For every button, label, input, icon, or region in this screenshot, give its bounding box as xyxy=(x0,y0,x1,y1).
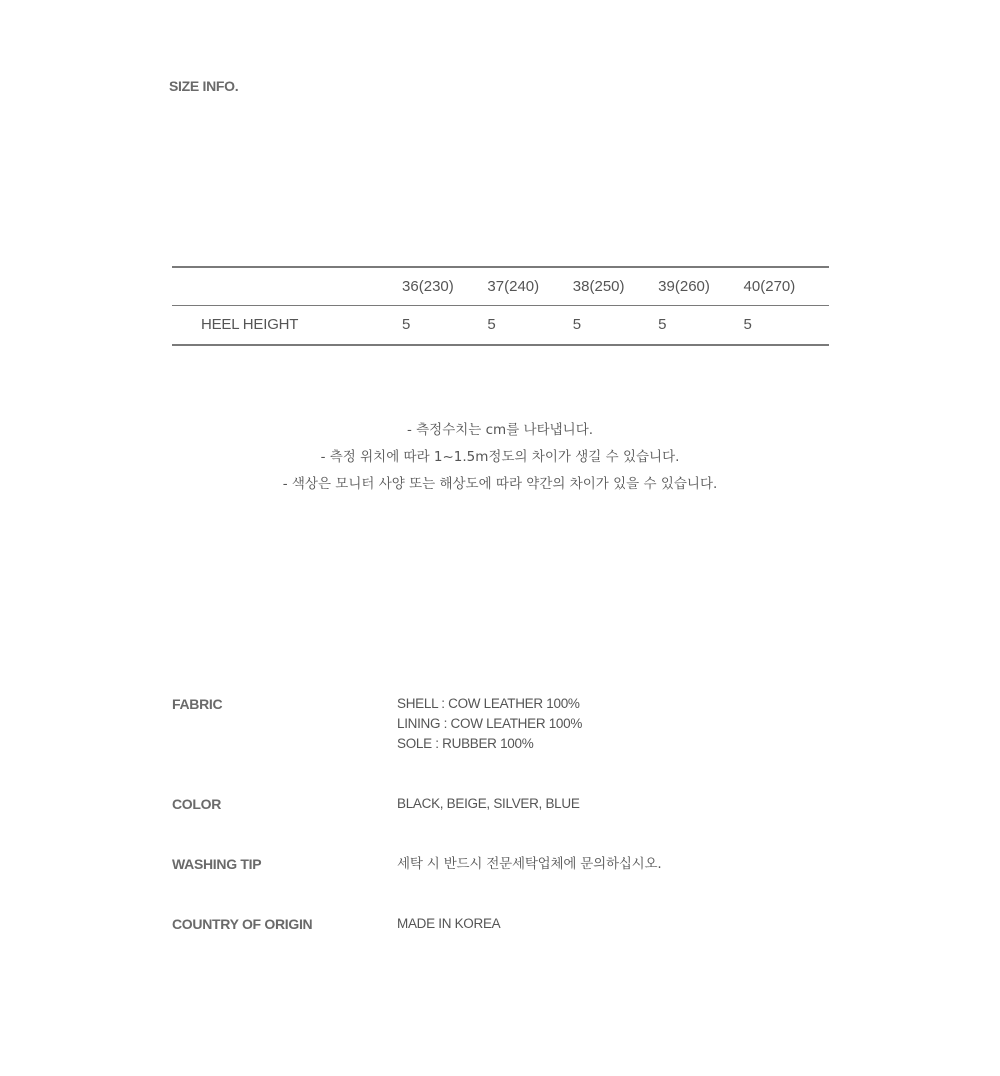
header-empty-cell xyxy=(172,267,402,305)
size-table: 36(230) 37(240) 38(250) 39(260) 40(270) … xyxy=(172,266,829,346)
size-header-37: 37(240) xyxy=(487,267,572,305)
fabric-lining: LINING : COW LEATHER 100% xyxy=(397,714,582,734)
table-row: HEEL HEIGHT 5 5 5 5 5 xyxy=(172,305,829,345)
info-row-color: COLOR BLACK, BEIGE, SILVER, BLUE xyxy=(172,794,832,814)
measurement-notes: - 측정수치는 cm를 나타냅니다. - 측정 위치에 따라 1~1.5m정도의… xyxy=(0,417,1000,498)
heel-height-value: 5 xyxy=(744,305,829,345)
heel-height-value: 5 xyxy=(573,305,658,345)
info-row-country-of-origin: COUNTRY OF ORIGIN MADE IN KOREA xyxy=(172,914,832,934)
washing-tip-value: 세탁 시 반드시 전문세탁업체에 문의하십시오. xyxy=(397,854,661,874)
country-of-origin-value: MADE IN KOREA xyxy=(397,914,500,934)
washing-tip-label: WASHING TIP xyxy=(172,854,397,874)
size-header-40: 40(270) xyxy=(744,267,829,305)
info-row-fabric: FABRIC SHELL : COW LEATHER 100% LINING :… xyxy=(172,694,832,754)
fabric-sole: SOLE : RUBBER 100% xyxy=(397,734,582,754)
size-header-39: 39(260) xyxy=(658,267,743,305)
size-header-36: 36(230) xyxy=(402,267,487,305)
row-label-heel-height: HEEL HEIGHT xyxy=(172,305,402,345)
country-of-origin-label: COUNTRY OF ORIGIN xyxy=(172,914,397,934)
info-row-washing-tip: WASHING TIP 세탁 시 반드시 전문세탁업체에 문의하십시오. xyxy=(172,854,832,874)
size-header-38: 38(250) xyxy=(573,267,658,305)
product-info-list: FABRIC SHELL : COW LEATHER 100% LINING :… xyxy=(172,694,832,934)
heel-height-value: 5 xyxy=(402,305,487,345)
note-line: - 측정 위치에 따라 1~1.5m정도의 차이가 생길 수 있습니다. xyxy=(0,444,1000,471)
note-line: - 색상은 모니터 사양 또는 해상도에 따라 약간의 차이가 있을 수 있습니… xyxy=(0,471,1000,498)
size-table-header-row: 36(230) 37(240) 38(250) 39(260) 40(270) xyxy=(172,267,829,305)
note-line: - 측정수치는 cm를 나타냅니다. xyxy=(0,417,1000,444)
fabric-label: FABRIC xyxy=(172,694,397,714)
color-label: COLOR xyxy=(172,794,397,814)
fabric-values: SHELL : COW LEATHER 100% LINING : COW LE… xyxy=(397,694,582,754)
heel-height-value: 5 xyxy=(487,305,572,345)
section-title: SIZE INFO. xyxy=(169,78,238,94)
fabric-shell: SHELL : COW LEATHER 100% xyxy=(397,694,582,714)
heel-height-value: 5 xyxy=(658,305,743,345)
color-value: BLACK, BEIGE, SILVER, BLUE xyxy=(397,794,580,814)
